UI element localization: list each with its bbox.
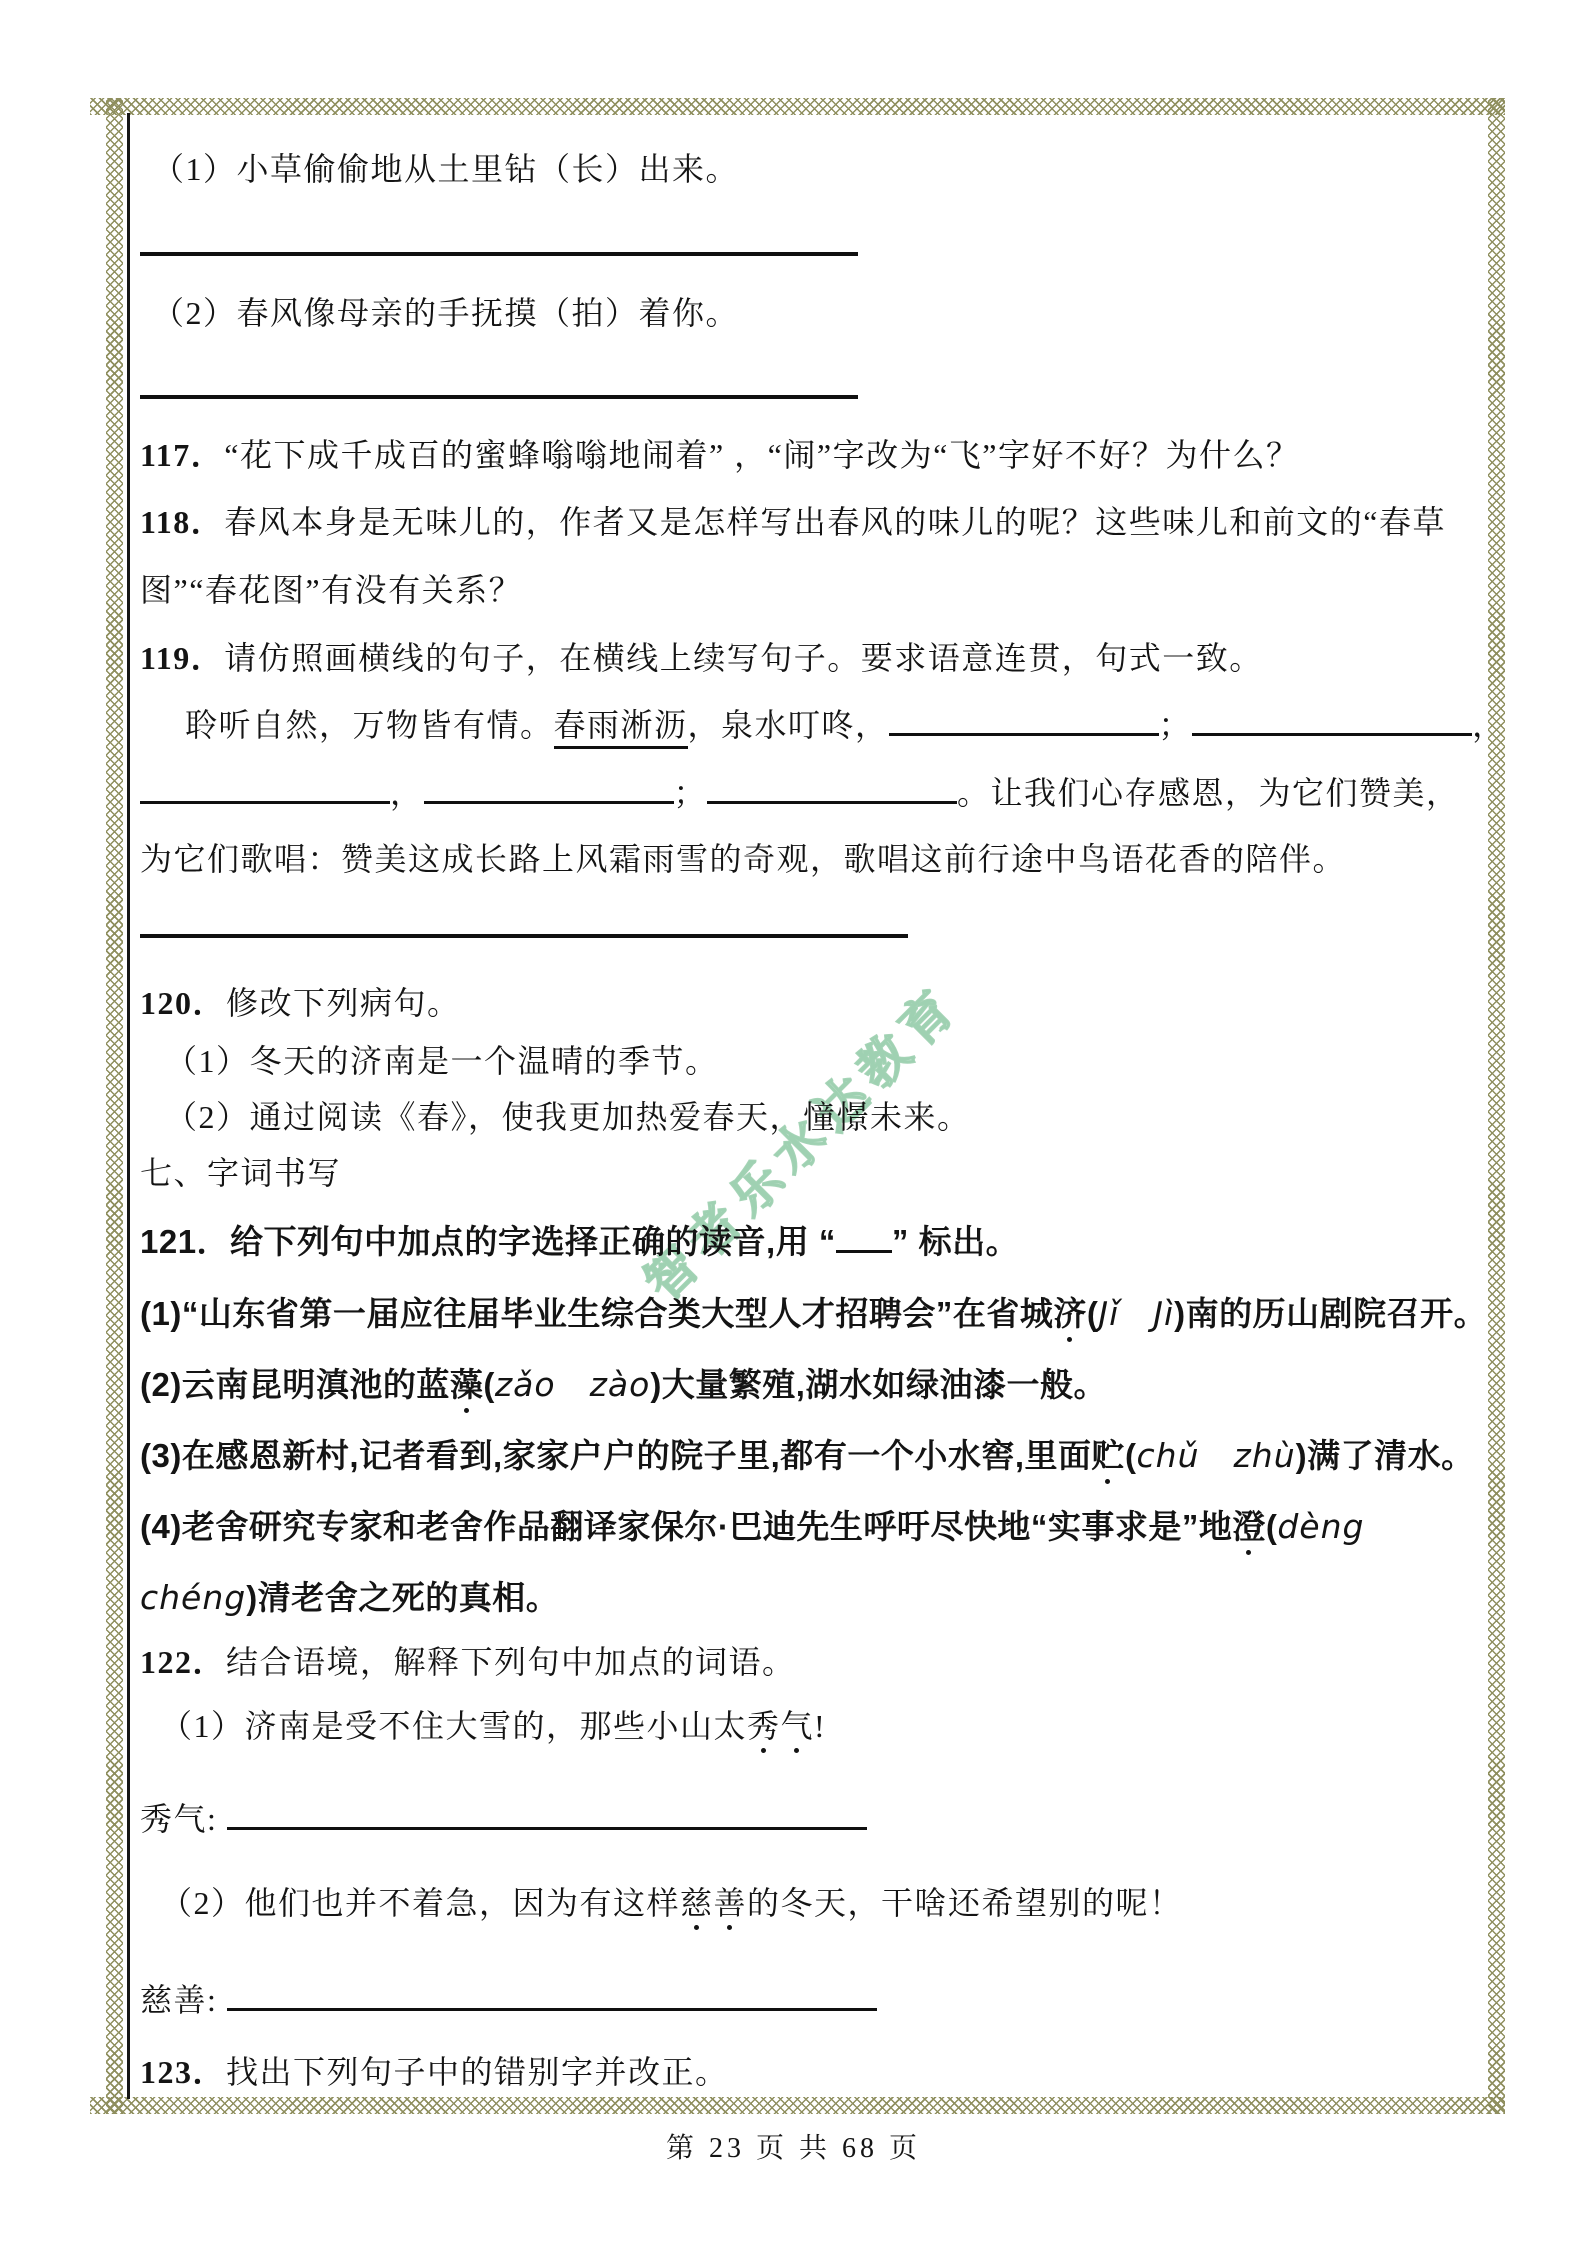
exam-document-page: 智者乐水达教育 （1）小草偷偷地从土里钻（长）出来。 （2）春风像母亲的手抚摸（… — [0, 0, 1587, 2245]
text-run: 117． — [140, 437, 224, 473]
q122-answer-xiuqi: 秀气: — [140, 1800, 867, 1838]
q120-item-2: （2）通过阅读《春》，使我更加热爱春天，憧憬未来。 — [165, 1098, 971, 1136]
question-119-example: 聆听自然，万物皆有情。春雨淅沥，泉水叮咚，；， — [185, 706, 1506, 744]
fill-in-blank — [889, 732, 1159, 736]
answer-line-3 — [140, 934, 908, 938]
text-run: ； — [1159, 707, 1193, 743]
text-run: 。让我们心存感恩，为它们赞美， — [957, 775, 1460, 811]
text-run: (4)老舍研究专家和老舍作品翻译家保尔·巴迪先生呼吁尽快地“实事求是”地 — [140, 1508, 1232, 1545]
text-run: )清老舍之死的真相。 — [246, 1579, 559, 1616]
q121-item-3: (3)在感恩新村,记者看到,家家户户的院子里,都有一个小水窖,里面贮(chǔ z… — [140, 1436, 1475, 1476]
text-run: ， — [1472, 707, 1506, 743]
fill-in-blank — [227, 1826, 867, 1830]
question-118: 118．春风本身是无味儿的，作者又是怎样写出春风的味儿的呢？这些味儿和前文的“春… — [140, 503, 1446, 541]
text-run: 为它们歌唱：赞美这成长路上风霜雨雪的奇观，歌唱这前行途中鸟语花香的陪伴。 — [140, 841, 1346, 877]
watermark: 智者乐水达教育 — [482, 822, 1118, 1458]
text-run: 图”“春花图”有没有关系？ — [140, 572, 522, 608]
section-7-heading: 七、字词书写 — [140, 1154, 341, 1192]
text-run: 聆听自然，万物皆有情。 — [185, 707, 554, 743]
text-run: （1）小草偷偷地从土里钻（长）出来。 — [152, 151, 739, 187]
inner-frame-line — [127, 113, 130, 2099]
question-121: 121．给下列句中加点的字选择正确的读音,用 “” 标出。 — [140, 1222, 1019, 1262]
underlined-text: 春雨淅沥 — [554, 707, 688, 749]
dotted-char: 善 — [714, 1884, 748, 1922]
text-run: ( — [1266, 1508, 1278, 1545]
text-run: 春风本身是无味儿的，作者又是怎样写出春风的味儿的呢？这些味儿和前文的“春草 — [224, 504, 1446, 540]
fill-in-blank — [227, 2007, 877, 2011]
sentence-item-2: （2）春风像母亲的手抚摸（拍）着你。 — [152, 294, 739, 332]
text-run: (2)云南昆明滇池的蓝 — [140, 1366, 450, 1403]
text-run: 120． — [140, 985, 226, 1021]
question-119-blanks: ，；。让我们心存感恩，为它们赞美， — [140, 774, 1460, 812]
text-run: )满了清水。 — [1296, 1437, 1475, 1474]
text-run: 的冬天，干啥还希望别的呢！ — [747, 1885, 1183, 1921]
text-run: (1)“山东省第一届应往届毕业生综合类大型人才招聘会”在省城 — [140, 1295, 1053, 1332]
sentence-item-1: （1）小草偷偷地从土里钻（长）出来。 — [152, 150, 739, 188]
pinyin-run: Jǐ Jì — [1098, 1294, 1174, 1333]
text-run: （2）他们也并不着急，因为有这样 — [160, 1885, 680, 1921]
text-run: ( — [1087, 1295, 1099, 1332]
q122-item-2: （2）他们也并不着急，因为有这样慈善的冬天，干啥还希望别的呢！ — [160, 1884, 1183, 1922]
text-run: （1）济南是受不住大雪的，那些小山太 — [160, 1708, 747, 1744]
text-run: 121．给下列句中加点的字选择正确的读音,用 “ — [140, 1223, 836, 1260]
q122-item-1: （1）济南是受不住大雪的，那些小山太秀气! — [160, 1707, 826, 1745]
fill-in-blank — [424, 800, 674, 804]
q121-item-1: (1)“山东省第一届应往届毕业生综合类大型人才招聘会”在省城济(Jǐ Jì)南的… — [140, 1294, 1487, 1334]
fill-in-blank — [836, 1249, 892, 1253]
answer-line-2 — [140, 395, 858, 399]
question-120: 120．修改下列病句。 — [140, 984, 461, 1022]
dotted-char: 秀 — [747, 1707, 781, 1745]
text-run: 请仿照画横线的句子，在横线上续写句子。要求语意连贯，句式一致。 — [224, 640, 1263, 676]
text-run: 122． — [140, 1644, 226, 1680]
q120-item-1: （1）冬天的济南是一个温晴的季节。 — [165, 1042, 719, 1080]
border-zigzag-bottom — [90, 2097, 1505, 2114]
q122-answer-cishan: 慈善: — [140, 1981, 877, 2019]
question-118-cont: 图”“春花图”有没有关系？ — [140, 571, 522, 609]
question-117: 117．“花下成千成百的蜜蜂嗡嗡地闹着” ，“闹”字改为“飞”字好不好？为什么？ — [140, 436, 1299, 474]
text-run: （2）春风像母亲的手抚摸（拍）着你。 — [152, 295, 739, 331]
question-122: 122．结合语境，解释下列句中加点的词语。 — [140, 1643, 796, 1681]
fill-in-blank — [140, 800, 390, 804]
text-run: )大量繁殖,湖水如绿油漆一般。 — [650, 1366, 1107, 1403]
text-run: 119． — [140, 640, 224, 676]
dotted-char: 慈 — [680, 1884, 714, 1922]
question-119-cont: 为它们歌唱：赞美这成长路上风霜雨雪的奇观，歌唱这前行途中鸟语花香的陪伴。 — [140, 840, 1346, 878]
pinyin-run: chǔ zhù — [1137, 1436, 1296, 1475]
border-zigzag-left — [106, 98, 123, 2114]
dotted-char: 澄 — [1232, 1507, 1266, 1547]
dotted-char: 藻 — [450, 1365, 484, 1405]
q121-item-4: (4)老舍研究专家和老舍作品翻译家保尔·巴迪先生呼吁尽快地“实事求是”地澄(dè… — [140, 1507, 1364, 1547]
fill-in-blank — [707, 800, 957, 804]
text-run: ” 标出。 — [892, 1223, 1019, 1260]
page-number-footer: 第 23 页 共 68 页 — [0, 2126, 1587, 2166]
text-run: ! — [814, 1708, 826, 1744]
pinyin-run: zǎo zào — [495, 1365, 650, 1404]
question-119: 119．请仿照画横线的句子，在横线上续写句子。要求语意连贯，句式一致。 — [140, 639, 1263, 677]
text-run: 慈善: — [140, 1982, 227, 2018]
watermark-text: 智者乐水达教育 — [626, 966, 974, 1314]
dotted-char: 气 — [781, 1707, 815, 1745]
text-run: 七、字词书写 — [140, 1155, 341, 1191]
text-run: 找出下列句子中的错别字并改正。 — [226, 2054, 729, 2090]
text-run: 修改下列病句。 — [226, 985, 461, 1021]
pinyin-run: dèng — [1277, 1507, 1364, 1546]
text-run: )南的历山剧院召开。 — [1174, 1295, 1487, 1332]
dotted-char: 贮 — [1092, 1436, 1126, 1476]
question-123: 123．找出下列句子中的错别字并改正。 — [140, 2053, 729, 2091]
q121-item-4-cont: chéng)清老舍之死的真相。 — [140, 1578, 559, 1618]
text-run: 结合语境，解释下列句中加点的词语。 — [226, 1644, 796, 1680]
text-run: ， — [390, 775, 424, 811]
fill-in-blank — [1192, 732, 1472, 736]
text-run: ，泉水叮咚， — [688, 707, 889, 743]
text-run: 118． — [140, 504, 224, 540]
text-run: “花下成千成百的蜜蜂嗡嗡地闹着” ，“闹”字改为“飞”字好不好？为什么？ — [224, 437, 1299, 473]
text-run: ( — [1125, 1437, 1137, 1474]
text-run: ； — [674, 775, 708, 811]
text-run: ( — [483, 1366, 495, 1403]
border-zigzag-right — [1488, 98, 1505, 2114]
text-run: 秀气: — [140, 1801, 227, 1837]
border-zigzag-top — [90, 98, 1505, 115]
text-run: （2）通过阅读《春》，使我更加热爱春天，憧憬未来。 — [165, 1099, 971, 1135]
text-run: （1）冬天的济南是一个温晴的季节。 — [165, 1043, 719, 1079]
pinyin-run: chéng — [140, 1578, 246, 1617]
q121-item-2: (2)云南昆明滇池的蓝藻(zǎo zào)大量繁殖,湖水如绿油漆一般。 — [140, 1365, 1107, 1405]
text-run: 123． — [140, 2054, 226, 2090]
answer-line-1 — [140, 252, 858, 256]
text-run: (3)在感恩新村,记者看到,家家户户的院子里,都有一个小水窖,里面 — [140, 1437, 1092, 1474]
dotted-char: 济 — [1053, 1294, 1087, 1334]
